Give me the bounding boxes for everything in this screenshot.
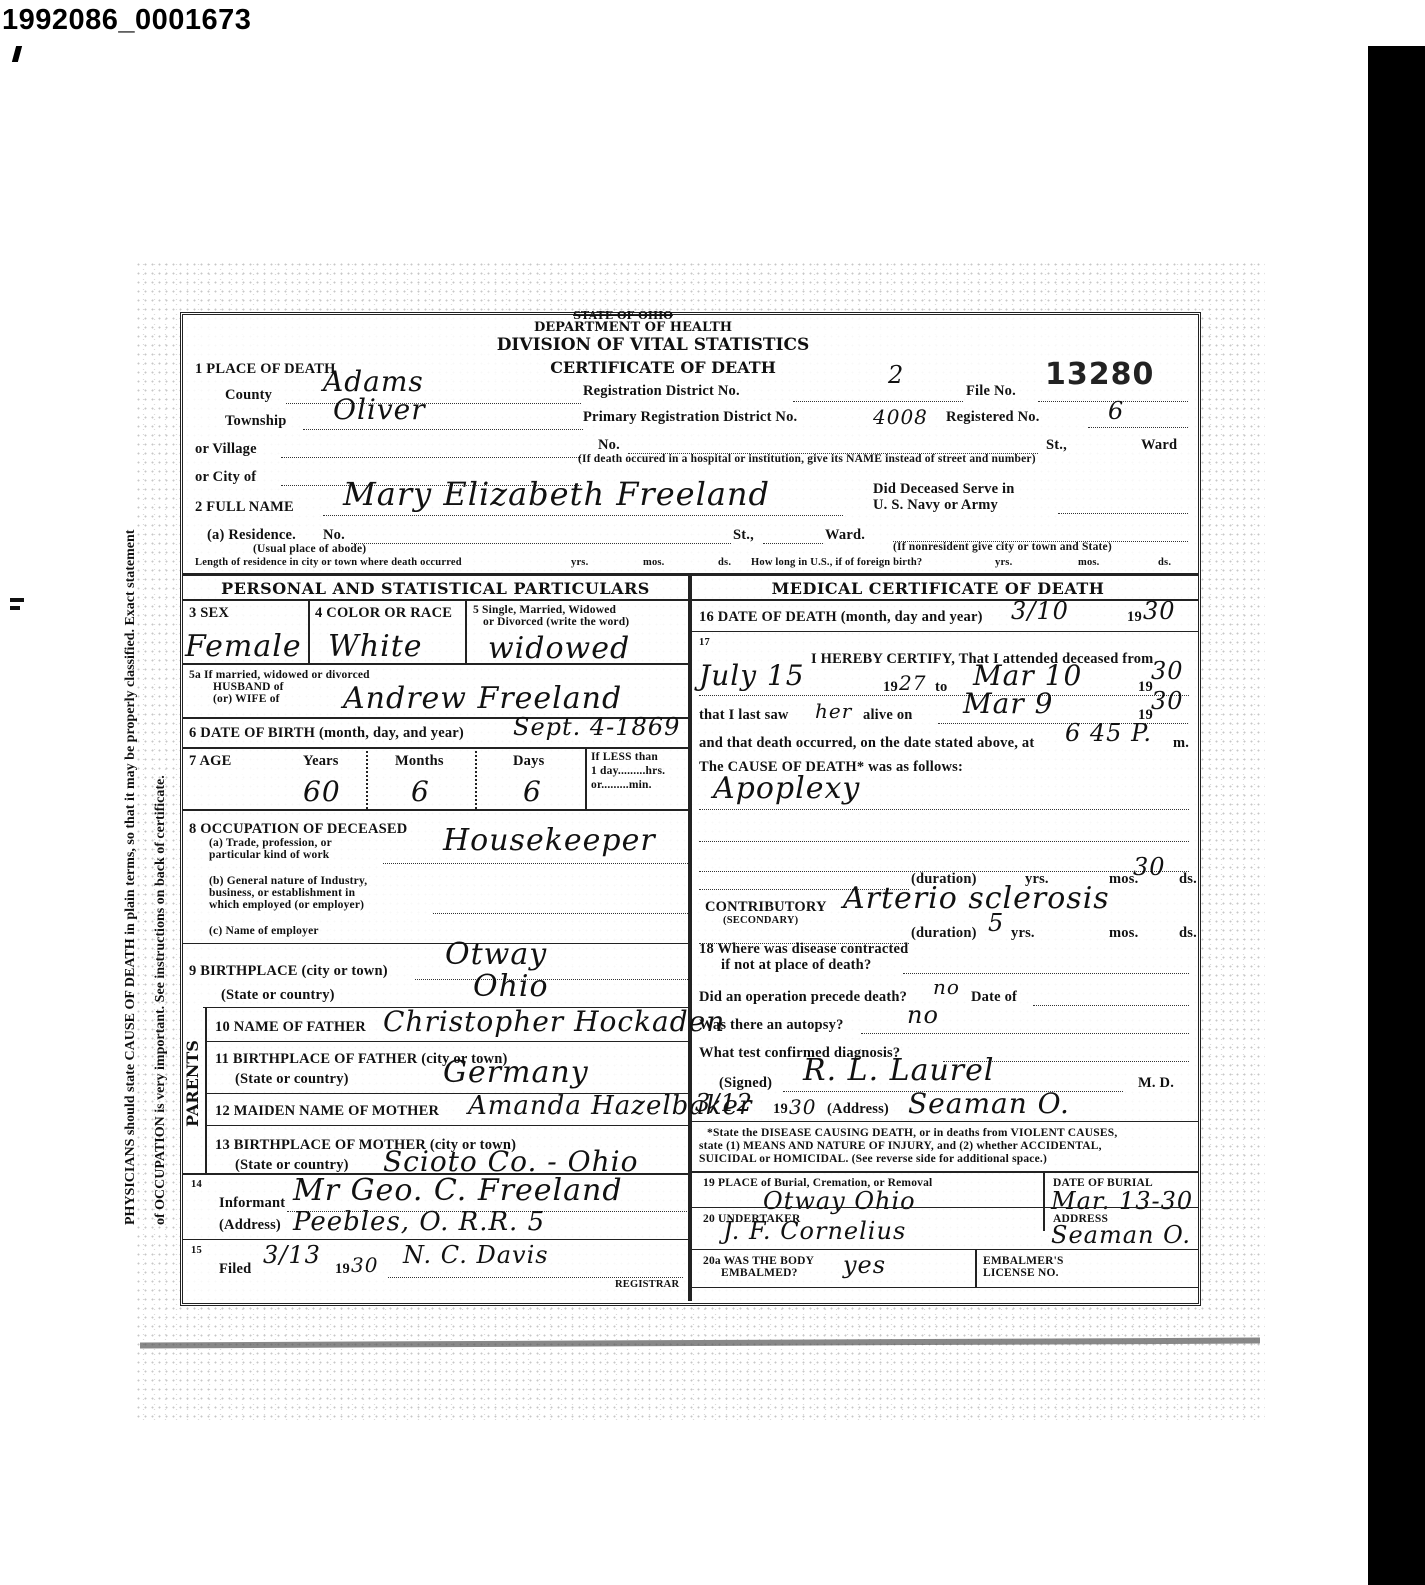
- date-of-death-label: 16 DATE OF DEATH (month, day and year): [699, 609, 983, 626]
- scan-mark: [10, 598, 24, 602]
- informant-label: Informant: [219, 1195, 285, 1212]
- spouse-value: Andrew Freeland: [343, 681, 622, 716]
- embalmer-license-label: EMBALMER'S: [983, 1255, 1064, 1267]
- footnote-line-2: state (1) MEANS AND NATURE OF INJURY, an…: [699, 1140, 1102, 1152]
- occupation-label: 8 OCCUPATION OF DECEASED: [189, 821, 407, 838]
- margin-note-line-2: of OCCUPATION is very important. See ins…: [153, 775, 169, 1225]
- marital-label-2: or Divorced (write the word): [483, 616, 629, 628]
- file-number-stamp: 13280: [1045, 357, 1154, 392]
- residence-st-label: St.,: [733, 527, 754, 544]
- burial-place-value: Otway Ohio: [763, 1187, 916, 1215]
- contributory-value: Arterio sclerosis: [843, 881, 1110, 916]
- physician-address-value: Seaman O.: [908, 1087, 1070, 1120]
- sex-value: Female: [185, 629, 302, 664]
- mother-name-label: 12 MAIDEN NAME OF MOTHER: [215, 1103, 439, 1120]
- filed-label: Filed: [219, 1261, 251, 1278]
- length-of-residence-label: Length of residence in city or town wher…: [195, 557, 462, 568]
- last-saw-value: Mar 9: [963, 687, 1053, 720]
- scan-mark: [10, 606, 20, 610]
- autopsy-value: no: [907, 1001, 939, 1029]
- marital-value: widowed: [488, 631, 630, 666]
- birthplace-label: 9 BIRTHPLACE (city or town): [189, 963, 388, 980]
- village-no-label: No.: [598, 437, 620, 454]
- attended-from-value: July 15: [699, 659, 805, 692]
- contributory-duration-years: 5: [988, 909, 1004, 937]
- document-id: 1992086_0001673: [2, 4, 251, 37]
- residence-label: (a) Residence.: [207, 527, 296, 544]
- physician-signature: R. L. Laurel: [803, 1053, 994, 1088]
- last-saw-year: 30: [1151, 687, 1184, 715]
- disease-contracted-label: 18 Where was disease contracted: [699, 941, 908, 958]
- department-header: DEPARTMENT OF HEALTH: [513, 320, 753, 335]
- informant-value: Mr Geo. C. Freeland: [293, 1173, 623, 1208]
- certificate-title: CERTIFICATE OF DEATH: [513, 358, 813, 377]
- age-months-value: 6: [411, 775, 430, 808]
- village-ward-label: Ward: [1141, 437, 1177, 454]
- race-label: 4 COLOR OR RACE: [315, 605, 452, 622]
- operation-value: no: [933, 975, 960, 999]
- marital-label: 5 Single, Married, Widowed: [473, 604, 616, 616]
- military-service-label-2: U. S. Navy or Army: [873, 497, 998, 514]
- margin-note-line-1: PHYSICIANS should state CAUSE OF DEATH i…: [123, 530, 139, 1225]
- physician-address-label: (Address): [827, 1101, 889, 1118]
- informant-address-label: (Address): [219, 1217, 281, 1234]
- undertaker-address-value: Seaman O.: [1051, 1221, 1191, 1249]
- footnote-line-1: *State the DISEASE CAUSING DEATH, or in …: [707, 1127, 1117, 1139]
- township-label: Township: [225, 413, 287, 430]
- death-certificate: STATE OF OHIO DEPARTMENT OF HEALTH DIVIS…: [180, 312, 1201, 1306]
- city-label: or City of: [195, 469, 256, 486]
- full-name-value: Mary Elizabeth Freeland: [343, 475, 770, 513]
- father-name-label: 10 NAME OF FATHER: [215, 1019, 366, 1036]
- residence-sub-label: (Usual place of abode): [253, 543, 366, 555]
- last-saw-label: that I last saw: [699, 707, 789, 724]
- occupation-value: Housekeeper: [443, 823, 656, 858]
- embalmed-value: yes: [843, 1251, 886, 1279]
- attended-to-year: 30: [1151, 657, 1184, 685]
- undertaker-value: J. F. Cornelius: [723, 1217, 906, 1245]
- informant-address-value: Peebles, O. R.R. 5: [293, 1207, 545, 1237]
- father-birthplace-value: Germany: [443, 1055, 589, 1090]
- registration-district-value: 2: [888, 361, 904, 389]
- registrar-signature: N. C. Davis: [403, 1241, 549, 1269]
- scan-edge-bar: [1368, 46, 1425, 1585]
- parents-vertical-label: PARENTS: [183, 1040, 202, 1127]
- date-of-death-value: 3/10: [1011, 597, 1069, 625]
- registered-no-value: 6: [1108, 397, 1124, 425]
- primary-district-value: 4008: [873, 405, 928, 429]
- township-value: Oliver: [333, 393, 426, 426]
- residence-ward-label: Ward.: [825, 527, 865, 544]
- attended-from-year: 27: [899, 671, 926, 695]
- village-st-label: St.,: [1046, 437, 1067, 454]
- margin-instructions: PHYSICIANS should state CAUSE OF DEATH i…: [115, 365, 175, 1225]
- burial-date-value: Mar. 13-30: [1051, 1187, 1193, 1215]
- operation-label: Did an operation precede death?: [699, 989, 907, 1006]
- father-name-value: Christopher Hockaden: [383, 1005, 725, 1038]
- signed-year-value: 30: [789, 1095, 816, 1119]
- primary-district-label: Primary Registration District No.: [583, 409, 797, 426]
- date-of-birth-label: 6 DATE OF BIRTH (month, day, and year): [189, 725, 464, 742]
- scan-mark: [12, 46, 22, 62]
- village-label: or Village: [195, 441, 257, 458]
- birthplace-state-value: Ohio: [473, 969, 549, 1004]
- age-label: 7 AGE: [189, 753, 232, 770]
- date-of-birth-value: Sept. 4-1869: [513, 713, 680, 741]
- registration-district-label: Registration District No.: [583, 383, 740, 400]
- spouse-label: 5a If married, widowed or divorced: [189, 669, 370, 681]
- footnote-line-3: SUICIDAL or HOMICIDAL. (See reverse side…: [699, 1153, 1047, 1165]
- birthplace-city-value: Otway: [445, 937, 547, 972]
- cause-of-death-value: Apoplexy: [713, 771, 860, 806]
- place-of-death-label: 1 PLACE OF DEATH: [195, 361, 336, 378]
- full-name-label: 2 FULL NAME: [195, 499, 294, 516]
- registrar-label: REGISTRAR: [615, 1279, 679, 1290]
- foreign-birth-label: How long in U.S., if of foreign birth?: [751, 557, 922, 568]
- filed-year-value: 30: [351, 1253, 378, 1277]
- date-of-death-year: 30: [1143, 597, 1176, 625]
- file-no-label: File No.: [966, 383, 1016, 400]
- autopsy-label: Was there an autopsy?: [699, 1017, 844, 1034]
- signed-date-value: 3/12: [695, 1089, 753, 1117]
- residence-no-label: No.: [323, 527, 345, 544]
- medical-section-title: MEDICAL CERTIFICATE OF DEATH: [693, 579, 1183, 598]
- contributory-label: CONTRIBUTORY: [705, 899, 827, 916]
- personal-section-title: PERSONAL AND STATISTICAL PARTICULARS: [183, 579, 688, 598]
- hospital-note: (If death occured in a hospital or insti…: [578, 453, 1036, 465]
- filed-date-value: 3/13: [263, 1241, 321, 1269]
- death-time-label: and that death occurred, on the date sta…: [699, 735, 1034, 752]
- county-label: County: [225, 387, 272, 404]
- death-time-value: 6 45 P.: [1065, 719, 1152, 747]
- age-years-value: 60: [303, 775, 341, 808]
- embalmed-label: 20a WAS THE BODY: [703, 1255, 814, 1267]
- cause-duration-days: 30: [1133, 853, 1166, 881]
- military-service-label: Did Deceased Serve in: [873, 481, 1015, 498]
- age-days-value: 6: [523, 775, 542, 808]
- nonresident-note: (If nonresident give city or town and St…: [893, 541, 1112, 553]
- sex-label: 3 SEX: [189, 605, 229, 622]
- division-header: DIVISION OF VITAL STATISTICS: [473, 335, 833, 355]
- registered-no-label: Registered No.: [946, 409, 1040, 426]
- race-value: White: [328, 629, 423, 664]
- last-saw-pronoun: her: [815, 699, 852, 723]
